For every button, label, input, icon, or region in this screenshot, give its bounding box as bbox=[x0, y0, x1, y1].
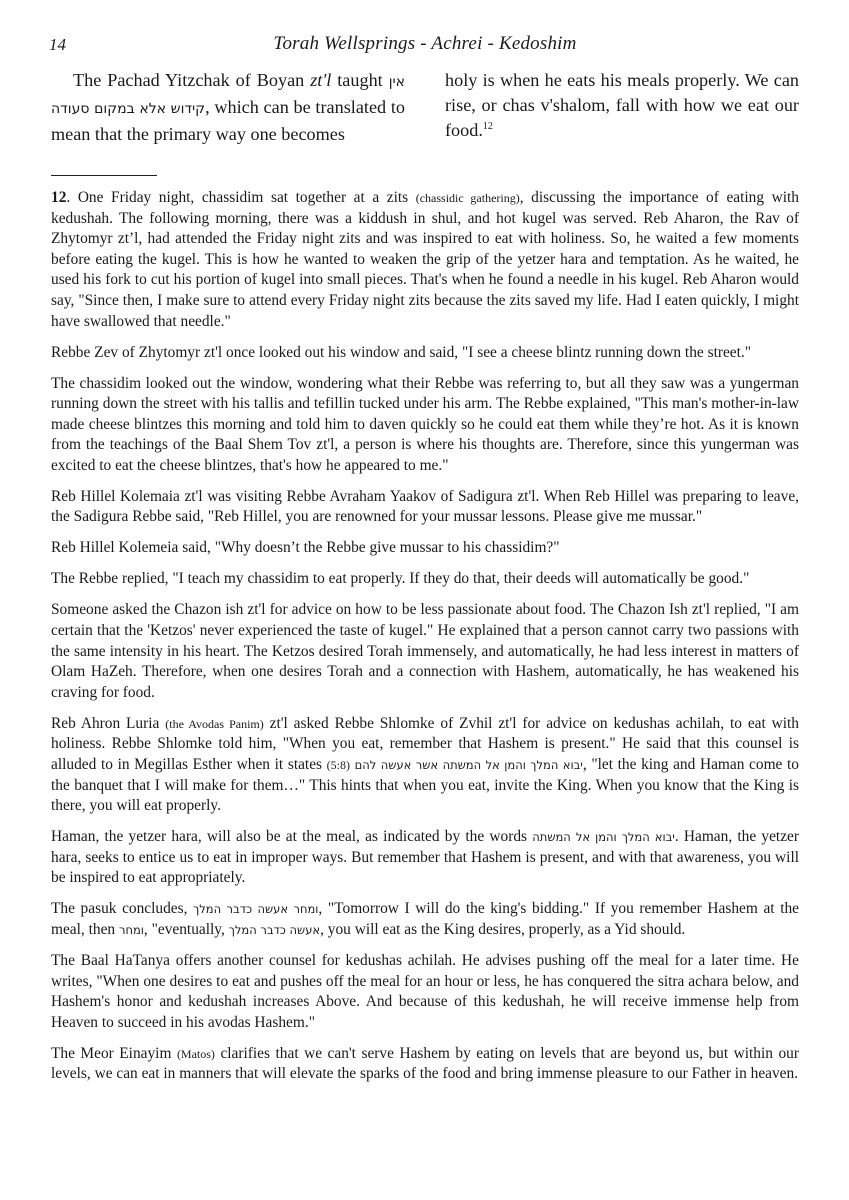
parenthetical-source: (5:8) bbox=[327, 758, 350, 772]
footnote-text: The Meor Einayim bbox=[51, 1045, 177, 1062]
footnote-text: Reb Ahron Luria bbox=[51, 715, 165, 732]
footnote-reference[interactable]: 12 bbox=[483, 121, 493, 132]
footnote-text: , "eventually, bbox=[144, 921, 229, 938]
footnote-text: . One Friday night, chassidim sat togeth… bbox=[66, 189, 415, 206]
footnote-paragraph: Reb Hillel Kolemaia zt'l was visiting Re… bbox=[51, 487, 799, 528]
footnote-text: Haman, the yetzer hara, will also be at … bbox=[51, 828, 532, 845]
hebrew-quote: אעשה כדבר המלך bbox=[229, 923, 320, 937]
footnote-paragraph: The chassidim looked out the window, won… bbox=[51, 374, 799, 477]
running-header: 14 Torah Wellsprings - Achrei - Kedoshim bbox=[51, 33, 799, 57]
main-text-columns: The Pachad Yitzchak of Boyan zt'l taught… bbox=[51, 68, 799, 147]
footnote-text: Reb Hillel Kolemaia zt'l was visiting Re… bbox=[51, 488, 799, 526]
right-column-paragraph: holy is when he eats his meals properly.… bbox=[445, 68, 799, 143]
footnote-paragraph: The pasuk concludes, ומחר אעשה כדבר המלך… bbox=[51, 899, 799, 940]
footnote-text: The Rebbe replied, "I teach my chassidim… bbox=[51, 570, 749, 587]
footnote-text: , you will eat as the King desires, prop… bbox=[320, 921, 685, 938]
footnote-text: The Baal HaTanya offers another counsel … bbox=[51, 952, 799, 1031]
left-column: The Pachad Yitzchak of Boyan zt'l taught… bbox=[51, 68, 405, 147]
footnote-paragraph: Someone asked the Chazon ish zt'l for ad… bbox=[51, 600, 799, 703]
body-text: taught bbox=[331, 70, 388, 90]
footnote-paragraph: Haman, the yetzer hara, will also be at … bbox=[51, 827, 799, 889]
footnote-text: Someone asked the Chazon ish zt'l for ad… bbox=[51, 601, 799, 700]
footnote-text: The chassidim looked out the window, won… bbox=[51, 375, 799, 474]
hebrew-quote: ומחר אעשה כדבר המלך bbox=[193, 902, 318, 916]
body-text: The Pachad Yitzchak of Boyan bbox=[73, 70, 310, 90]
footnote-paragraph: The Rebbe replied, "I teach my chassidim… bbox=[51, 569, 799, 590]
footnote-paragraph: The Baal HaTanya offers another counsel … bbox=[51, 951, 799, 1033]
parenthetical-source: (Matos) bbox=[177, 1047, 215, 1061]
footnote-paragraph: Reb Hillel Kolemeia said, "Why doesn’t t… bbox=[51, 538, 799, 559]
parenthetical-source: (the Avodas Panim) bbox=[165, 717, 264, 731]
footnote-text: The pasuk concludes, bbox=[51, 900, 193, 917]
footnote-text: , discussing the importance of eating wi… bbox=[51, 189, 799, 330]
right-column: holy is when he eats his meals properly.… bbox=[445, 68, 799, 147]
footnote-paragraph: 12. One Friday night, chassidim sat toge… bbox=[51, 188, 799, 332]
footnote-paragraph: The Meor Einayim (Matos) clarifies that … bbox=[51, 1044, 799, 1085]
footnotes-section: 12. One Friday night, chassidim sat toge… bbox=[51, 188, 799, 1095]
hebrew-quote: יבוא המלך והמן אל המשתה bbox=[532, 830, 675, 844]
hebrew-quote: יבוא המלך והמן אל המשתה אשר אעשה להם bbox=[355, 758, 583, 772]
footnote-paragraph: Rebbe Zev of Zhytomyr zt'l once looked o… bbox=[51, 343, 799, 364]
hebrew-quote: ומחר bbox=[119, 923, 144, 937]
body-text: holy is when he eats his meals properly.… bbox=[445, 70, 799, 140]
left-column-paragraph: The Pachad Yitzchak of Boyan zt'l taught… bbox=[51, 68, 405, 147]
footnote-number: 12 bbox=[51, 189, 66, 206]
honorific-italic: zt'l bbox=[310, 70, 331, 90]
running-title: Torah Wellsprings - Achrei - Kedoshim bbox=[51, 33, 799, 55]
book-page: 14 Torah Wellsprings - Achrei - Kedoshim… bbox=[51, 0, 799, 1200]
footnote-paragraph: Reb Ahron Luria (the Avodas Panim) zt'l … bbox=[51, 714, 799, 817]
footnote-text: Rebbe Zev of Zhytomyr zt'l once looked o… bbox=[51, 344, 751, 361]
footnote-text: Reb Hillel Kolemeia said, "Why doesn’t t… bbox=[51, 539, 560, 556]
footnote-divider bbox=[51, 175, 157, 176]
parenthetical-source: (chassidic gathering) bbox=[416, 191, 520, 205]
